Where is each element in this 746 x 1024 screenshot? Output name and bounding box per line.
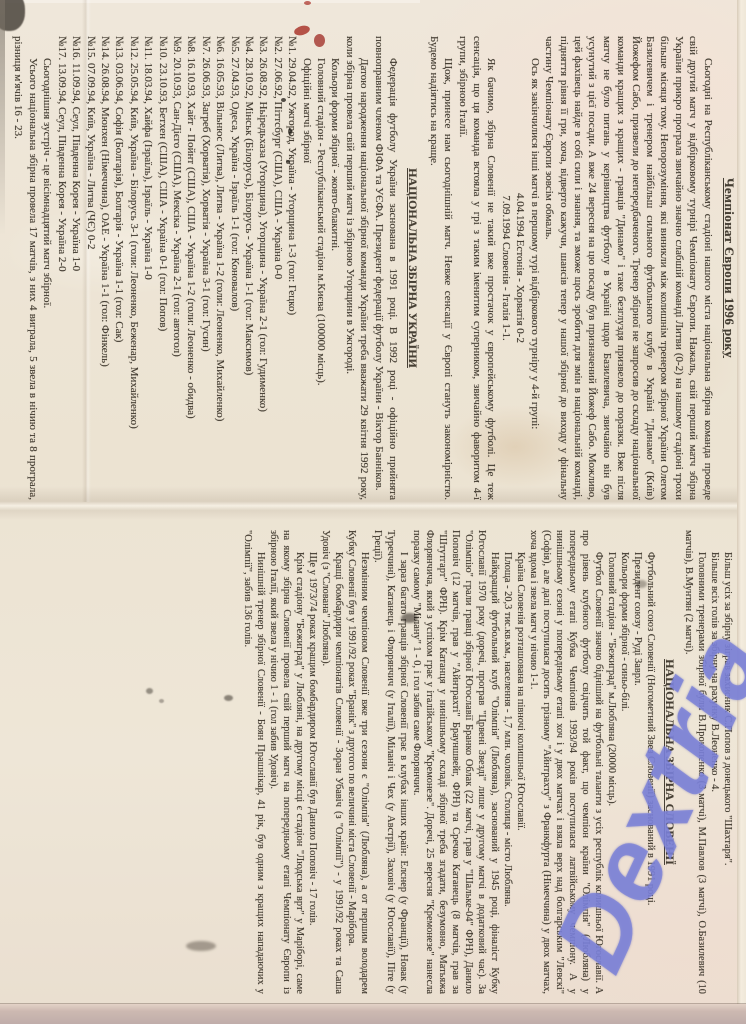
ink-smudge [186, 941, 216, 951]
ink-speck [286, 160, 290, 164]
red-ink-mark [304, 1, 311, 5]
federation-paragraphs: Федерація футболу України заснована в 19… [299, 36, 400, 500]
section-header-slovenia: НАЦІОНАЛЬНА ЗБІРНА СЛОВЕНІЇ [663, 530, 676, 994]
match-row: №12. 25.05.94, Київ, Україна - Білорусь … [126, 36, 140, 500]
scanned-programme-page: Чемпіонат Європи 1996 року Сьогодні на Р… [0, 0, 746, 1024]
official-matches-list: №1. 29.04.92, Ужгород, Україна - Угорщин… [54, 36, 299, 500]
paragraph: Офіційні матчі збірної [299, 36, 313, 500]
paragraph: Щож, принесе нам сьогоднішній матч. Невж… [426, 36, 455, 500]
red-ink-mark [314, 34, 325, 47]
paragraph: Більше всіх голів за збірну на рахунку В… [708, 530, 721, 994]
paragraph: Усього національна збірна провела 17 мат… [11, 36, 40, 500]
paragraph: Крім стадіону "Бежиград" у Любляні, на д… [267, 530, 306, 994]
match-row: №15. 07.09.94, Київ, Україна - Литва (ЧЄ… [83, 36, 97, 500]
paragraph: Кольори форми збірної - жовто-блакитні. [328, 36, 342, 500]
paragraph: Датою народження національної збірної ко… [342, 36, 371, 500]
match-row: №2. 27.06.92, Піттсбург (США), США - Укр… [270, 36, 284, 500]
match-row: №16. 11.09.94, Сеул, Південна Корея - Ук… [69, 36, 83, 500]
paragraph: Більш усіх за збірну зіграв захисник С.П… [721, 530, 734, 994]
records-paragraphs: Більш усіх за збірну зіграв захисник С.П… [682, 530, 734, 994]
paragraph: Головними тренерами збірної були В.Проко… [682, 530, 708, 994]
scan-edge-left [0, 0, 5, 235]
match-row: №5. 27.04.93, Одеса, Україна - Ізраїль 1… [227, 36, 241, 500]
match-row: №1. 29.04.92, Ужгород, Україна - Угорщин… [285, 36, 299, 500]
paragraph: Площа - 20,3 тис.кв.км., населення - 1,7… [501, 530, 514, 994]
paragraph: Ось як закінчилися інші матчі в першому … [527, 36, 541, 500]
paragraph: Нинішній тренер збірної Словенії - Боян … [241, 530, 267, 994]
ink-smudge [224, 695, 233, 701]
paragraph: Найкращий футбольний клуб "Олімпія" (Люб… [410, 530, 501, 994]
page-title: Чемпіонат Європи 1996 року [722, 36, 736, 500]
ink-smudge [401, 613, 418, 623]
match-row: №3. 26.08.92, Ньіредьхаза (Угорщина), Уг… [256, 36, 270, 500]
paragraph: Футбол Словенії значно бідніший на футбо… [527, 530, 605, 994]
match-row: №8. 16.10.93, Хайт - Пойнт (США), США - … [184, 36, 198, 500]
ink-smudge [159, 699, 164, 703]
first-round-results: 4.04.1994 Естонія - Хорватія 0-27.09.199… [499, 36, 528, 500]
paragraph: Незмінним чемпіоном Словенії вже три сез… [345, 530, 371, 994]
closing-paragraphs: Сьогоднішня зустріч - це вісімнадцятий м… [11, 36, 54, 500]
ink-speck [288, 128, 292, 135]
match-row: №6. 16.05.93, Вільнюс (Литва), Литва - У… [213, 36, 227, 500]
paragraph: Ще у 1973/74 роках кращим бомбардиром Юг… [306, 530, 319, 994]
match-row: №11. 18.03.94, Хайфа (Ізраїль), Ізраїль … [141, 36, 155, 500]
comment-paragraphs: Як бачимо, збірна Словенії не такий вже … [426, 36, 498, 500]
paragraph: Кращі бомбардири чемпіонатів Словенії - … [319, 530, 345, 994]
fold-crease [0, 486, 746, 520]
paragraph: Сьогоднішня зустріч - це вісімнадцятий м… [40, 36, 54, 500]
ink-smudge [146, 688, 153, 694]
paragraph: Кольори форми збірної - синьо-білі. [618, 530, 631, 994]
match-row: №14. 26.08.94, Мюнхен (Німеччина), ОАЕ -… [98, 36, 112, 500]
paragraph: Федерація футболу України заснована в 19… [371, 36, 400, 500]
slovenia-paragraphs: Футбольний союз Словенії (Ногометний Зве… [241, 530, 657, 994]
paragraph: Головний стадіон - "Бежиград" м.Любляна … [605, 530, 618, 994]
section-header-ukraine: НАЦІОНАЛЬНА ЗБІРНА УКРАЇНИ [406, 36, 420, 500]
result-line: 7.09.1994 Словенія - Італія 1-1. [499, 36, 513, 500]
paragraph: Головний стадіон - Республіканський стад… [314, 36, 328, 500]
match-row: №13. 03.06.94, Софія (Болгарія), Болгарі… [112, 36, 126, 500]
paragraph: Країна Словенія розташована на півночі к… [514, 530, 527, 994]
paragraph: Як бачимо, збірна Словенії не такий вже … [455, 36, 498, 500]
scan-background-band [0, 1004, 746, 1024]
paragraph: Сьогодні на Республіканському стадіоні н… [542, 36, 715, 500]
paragraph: Футбольний союз Словенії (Ногометний Зве… [644, 530, 657, 994]
paragraph: Президент союзу - Руді Заврл. [631, 530, 644, 994]
match-row: №7. 26.06.93, Загреб (Хорватія), Хорваті… [198, 36, 212, 500]
match-row: №10. 23.10.93, Бетхен (США), США - Украї… [155, 36, 169, 500]
match-row: №4. 28.10.92, Мінськ (Білорусь), Білорус… [242, 36, 256, 500]
match-row: №17. 13.09.94, Сеул, Південна Корея - Ук… [54, 36, 68, 500]
paragraph: І зараз багато гравців збірної Словенії … [371, 530, 410, 994]
ink-speck [281, 98, 286, 102]
ink-smudge [636, 580, 647, 588]
page-ukraine: Чемпіонат Європи 1996 року Сьогодні на Р… [0, 0, 746, 508]
result-line: 4.04.1994 Естонія - Хорватія 0-2 [513, 36, 527, 500]
page-edge-right [737, 0, 746, 1006]
match-row: №9. 20.10.93, Сан-Дієго (США), Мексіка -… [170, 36, 184, 500]
page-slovenia: Більш усіх за збірну зіграв захисник С.П… [0, 508, 746, 1024]
intro-paragraphs: Сьогодні на Республіканському стадіоні н… [527, 36, 714, 500]
